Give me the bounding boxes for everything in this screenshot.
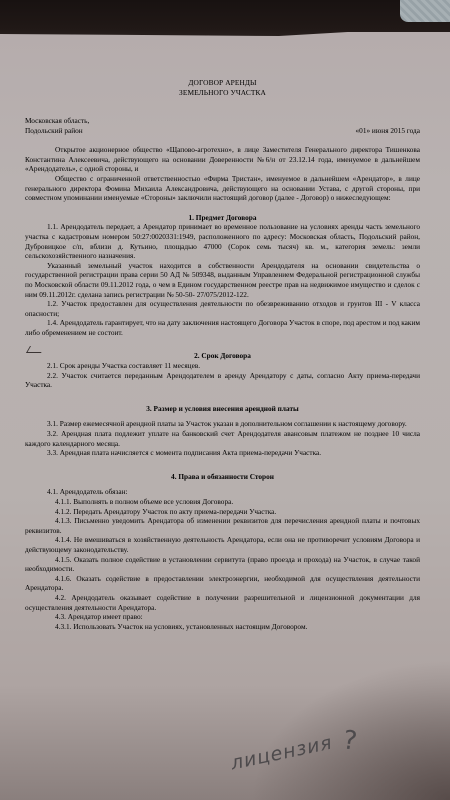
clause-2-1: 2.1. Срок аренды Участка составляет 11 м… [25,361,420,371]
contract-document: ДОГОВОР АРЕНДЫ ЗЕМЕЛЬНОГО УЧАСТКА Москов… [25,78,420,631]
clause-4-1-2: 4.1.2. Передать Арендатору Участок по ак… [25,507,420,517]
section-3-heading: 3. Размер и условия внесения арендной пл… [25,404,420,414]
clause-3-2: 3.2. Арендная плата подлежит уплате на б… [25,429,420,448]
contract-date: «01» июня 2015 года [356,126,420,136]
clause-4-1-1: 4.1.1. Выполнять в полном объеме все усл… [25,497,420,507]
place-line-2: Подольский район [25,126,89,136]
clause-3-3: 3.3. Арендная плата начисляется с момент… [25,448,420,458]
section-1-heading: 1. Предмет Договора [25,213,420,223]
clause-4-1: 4.1. Арендодатель обязан: [25,487,420,497]
place: Московская область, Подольский район [25,116,89,135]
clause-1-ownership: Указанный земельный участок находится в … [25,261,420,299]
intro-paragraph-lessee: Общество с ограниченной ответственностью… [25,174,420,203]
clause-4-1-3: 4.1.3. Письменно уведомить Арендатора об… [25,516,420,535]
clause-3-1: 3.1. Размер ежемесячной арендной платы з… [25,419,420,429]
title-line-1: ДОГОВОР АРЕНДЫ [25,78,420,88]
title-line-2: ЗЕМЕЛЬНОГО УЧАСТКА [25,88,420,98]
place-date-row: Московская область, Подольский район «01… [25,116,420,135]
patterned-object-corner [400,0,450,22]
clause-4-2: 4.2. Арендодатель оказывает содействие в… [25,593,420,612]
clause-1-1: 1.1. Арендодатель передает, а Арендатор … [25,222,420,260]
intro-paragraph-lessor: Открытое акционерное общество «Щапово-аг… [25,145,420,174]
clause-4-1-6: 4.1.6. Оказать содействие в предоставлен… [25,574,420,593]
clause-4-3-1: 4.3.1. Использовать Участок на условиях,… [25,622,420,632]
document-title: ДОГОВОР АРЕНДЫ ЗЕМЕЛЬНОГО УЧАСТКА [25,78,420,98]
clause-4-3: 4.3. Арендатор имеет право: [25,612,420,622]
place-line-1: Московская область, [25,116,89,126]
section-4-heading: 4. Права и обязанности Сторон [25,472,420,482]
clause-1-4: 1.4. Арендодатель гарантирует, что на да… [25,318,420,337]
clause-4-1-4: 4.1.4. Не вмешиваться в хозяйственную де… [25,535,420,554]
clause-1-2: 1.2. Участок предоставлен для осуществле… [25,299,420,318]
clause-4-1-5: 4.1.5. Оказать полное содействие в устан… [25,555,420,574]
section-2-heading: 2. Срок Договора [25,351,420,361]
clause-2-2: 2.2. Участок считается переданным Арендо… [25,371,420,390]
